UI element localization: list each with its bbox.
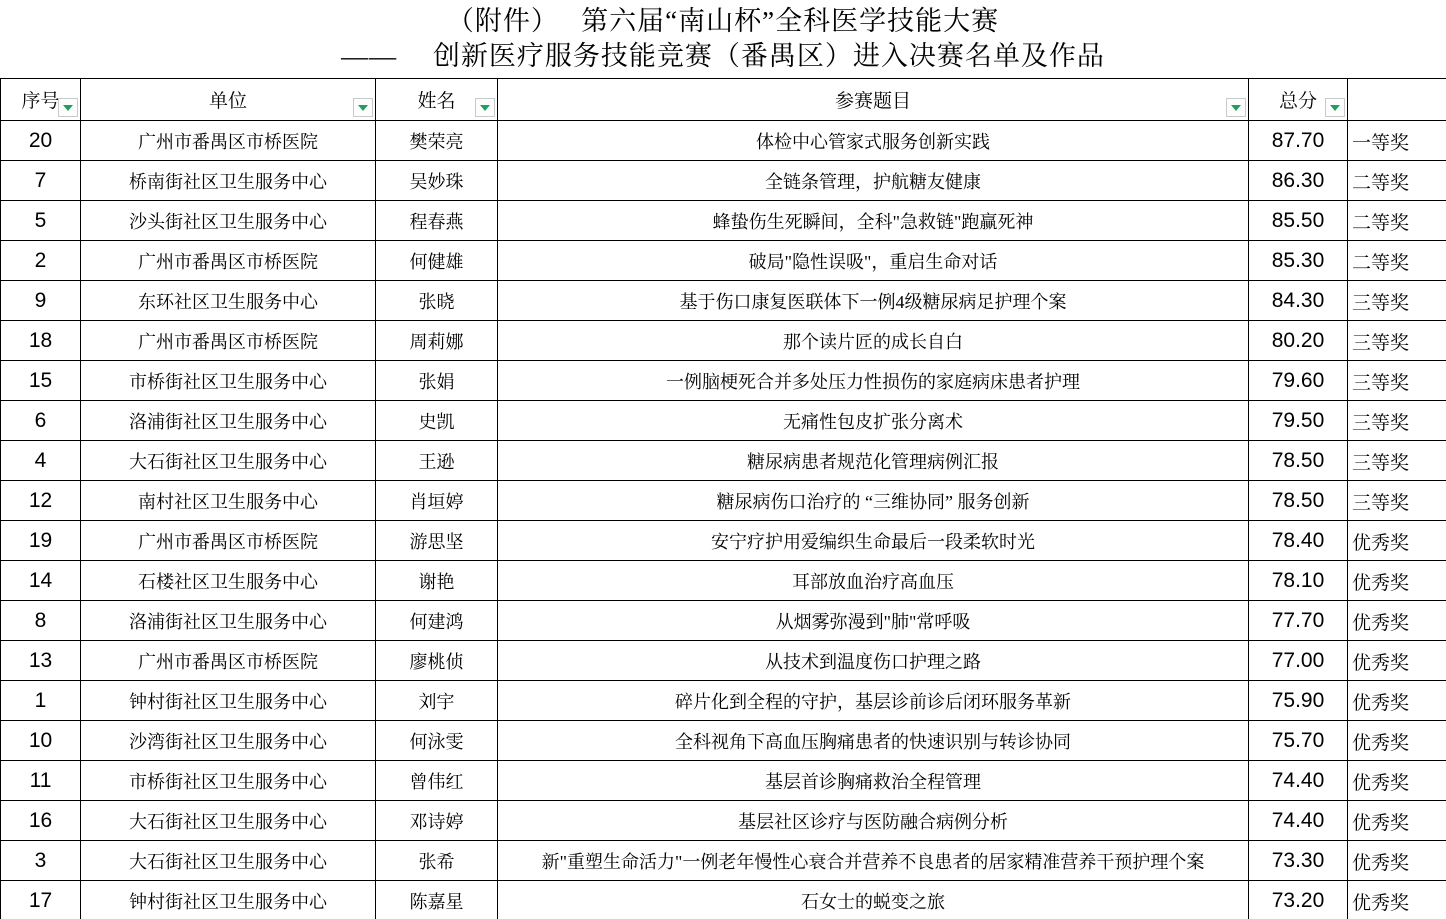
cell-seq: 18 [1, 321, 81, 361]
cell-score: 73.30 [1249, 841, 1348, 881]
cell-seq: 1 [1, 681, 81, 721]
cell-name: 樊荣亮 [376, 121, 498, 161]
cell-topic: 蜂蛰伤生死瞬间，全科"急救链"跑赢死神 [498, 201, 1249, 241]
filter-dropdown-icon [480, 105, 490, 111]
cell-topic: 新"重塑生命活力"一例老年慢性心衰合并营养不良患者的居家精准营养干预护理个案 [498, 841, 1249, 881]
cell-topic: 从技术到温度伤口护理之路 [498, 641, 1249, 681]
cell-award: 优秀奖 [1348, 601, 1446, 641]
cell-topic: 全链条管理，护航糖友健康 [498, 161, 1249, 201]
filter-button-score[interactable] [1325, 98, 1345, 117]
cell-name: 何建鸿 [376, 601, 498, 641]
cell-topic: 那个读片匠的成长自白 [498, 321, 1249, 361]
cell-topic: 基层首诊胸痛救治全程管理 [498, 761, 1249, 801]
cell-award: 优秀奖 [1348, 521, 1446, 561]
cell-award: 优秀奖 [1348, 641, 1446, 681]
cell-unit: 大石街社区卫生服务中心 [81, 841, 376, 881]
filter-button-unit[interactable] [353, 98, 373, 117]
cell-name: 何健雄 [376, 241, 498, 281]
cell-score: 86.30 [1249, 161, 1348, 201]
cell-unit: 桥南街社区卫生服务中心 [81, 161, 376, 201]
cell-topic: 无痛性包皮扩张分离术 [498, 401, 1249, 441]
cell-topic: 基于伤口康复医联体下一例4级糖尿病足护理个案 [498, 281, 1249, 321]
cell-seq: 17 [1, 881, 81, 919]
cell-unit: 广州市番禺区市桥医院 [81, 241, 376, 281]
cell-unit: 大石街社区卫生服务中心 [81, 801, 376, 841]
filter-dropdown-icon [63, 105, 73, 111]
cell-score: 78.50 [1249, 441, 1348, 481]
cell-topic: 糖尿病伤口治疗的 “三维协同” 服务创新 [498, 481, 1249, 521]
cell-unit: 钟村街社区卫生服务中心 [81, 681, 376, 721]
cell-seq: 10 [1, 721, 81, 761]
cell-unit: 市桥街社区卫生服务中心 [81, 361, 376, 401]
cell-award: 三等奖 [1348, 361, 1446, 401]
cell-unit: 沙头街社区卫生服务中心 [81, 201, 376, 241]
cell-topic: 全科视角下高血压胸痛患者的快速识别与转诊协同 [498, 721, 1249, 761]
cell-topic: 基层社区诊疗与医防融合病例分析 [498, 801, 1249, 841]
cell-seq: 3 [1, 841, 81, 881]
cell-score: 79.50 [1249, 401, 1348, 441]
cell-unit: 钟村街社区卫生服务中心 [81, 881, 376, 919]
header-label-seq: 序号 [21, 86, 59, 113]
header-cell-seq: 序号 [1, 79, 81, 121]
cell-award: 三等奖 [1348, 401, 1446, 441]
cell-score: 87.70 [1249, 121, 1348, 161]
header-cell-topic: 参赛题目 [498, 79, 1249, 121]
cell-award: 优秀奖 [1348, 761, 1446, 801]
header-label-unit: 单位 [209, 86, 247, 113]
cell-score: 78.40 [1249, 521, 1348, 561]
cell-score: 77.00 [1249, 641, 1348, 681]
header-cell-name: 姓名 [376, 79, 498, 121]
cell-award: 三等奖 [1348, 281, 1446, 321]
filter-button-name[interactable] [475, 98, 495, 117]
cell-unit: 广州市番禺区市桥医院 [81, 521, 376, 561]
cell-unit: 石楼社区卫生服务中心 [81, 561, 376, 601]
cell-score: 78.50 [1249, 481, 1348, 521]
cell-name: 张希 [376, 841, 498, 881]
cell-score: 74.40 [1249, 801, 1348, 841]
filter-dropdown-icon [1330, 105, 1340, 111]
cell-score: 85.30 [1249, 241, 1348, 281]
cell-award: 二等奖 [1348, 161, 1446, 201]
cell-award: 三等奖 [1348, 321, 1446, 361]
cell-name: 张晓 [376, 281, 498, 321]
filter-dropdown-icon [1231, 105, 1241, 111]
title-line-1: （附件） 第六届“南山杯”全科医学技能大赛 [447, 4, 999, 39]
cell-name: 张娟 [376, 361, 498, 401]
cell-topic: 石女士的蜕变之旅 [498, 881, 1249, 919]
cell-score: 84.30 [1249, 281, 1348, 321]
cell-name: 吴妙珠 [376, 161, 498, 201]
cell-score: 74.40 [1249, 761, 1348, 801]
cell-score: 75.70 [1249, 721, 1348, 761]
cell-unit: 广州市番禺区市桥医院 [81, 321, 376, 361]
cell-seq: 14 [1, 561, 81, 601]
cell-award: 优秀奖 [1348, 681, 1446, 721]
cell-seq: 11 [1, 761, 81, 801]
filter-button-seq[interactable] [58, 98, 78, 117]
results-table: 序号 单位 姓名 参赛题目 总分 20 广州市番禺区市桥医院 樊荣亮 体检中心管… [0, 78, 1446, 919]
cell-topic: 耳部放血治疗高血压 [498, 561, 1249, 601]
cell-topic: 从烟雾弥漫到"肺"常呼吸 [498, 601, 1249, 641]
cell-name: 肖垣婷 [376, 481, 498, 521]
title-line-2: —— 创新医疗服务技能竞赛（番禺区）进入决赛名单及作品 [341, 39, 1105, 74]
cell-unit: 市桥街社区卫生服务中心 [81, 761, 376, 801]
cell-seq: 9 [1, 281, 81, 321]
cell-unit: 洛浦街社区卫生服务中心 [81, 601, 376, 641]
cell-name: 史凯 [376, 401, 498, 441]
cell-name: 谢艳 [376, 561, 498, 601]
cell-seq: 4 [1, 441, 81, 481]
cell-award: 二等奖 [1348, 201, 1446, 241]
cell-seq: 6 [1, 401, 81, 441]
filter-button-topic[interactable] [1226, 98, 1246, 117]
cell-award: 一等奖 [1348, 121, 1446, 161]
cell-unit: 广州市番禺区市桥医院 [81, 641, 376, 681]
cell-name: 游思坚 [376, 521, 498, 561]
header-cell-score: 总分 [1249, 79, 1348, 121]
cell-seq: 8 [1, 601, 81, 641]
cell-seq: 7 [1, 161, 81, 201]
cell-topic: 破局"隐性误吸"，重启生命对话 [498, 241, 1249, 281]
header-label-score: 总分 [1279, 86, 1317, 113]
cell-name: 程春燕 [376, 201, 498, 241]
cell-award: 优秀奖 [1348, 721, 1446, 761]
cell-score: 79.60 [1249, 361, 1348, 401]
cell-name: 邓诗婷 [376, 801, 498, 841]
cell-score: 80.20 [1249, 321, 1348, 361]
cell-award: 优秀奖 [1348, 841, 1446, 881]
cell-name: 廖桃侦 [376, 641, 498, 681]
cell-seq: 12 [1, 481, 81, 521]
cell-topic: 一例脑梗死合并多处压力性损伤的家庭病床患者护理 [498, 361, 1249, 401]
cell-unit: 广州市番禺区市桥医院 [81, 121, 376, 161]
cell-topic: 碎片化到全程的守护，基层诊前诊后闭环服务革新 [498, 681, 1249, 721]
cell-score: 73.20 [1249, 881, 1348, 919]
cell-award: 优秀奖 [1348, 801, 1446, 841]
header-label-topic: 参赛题目 [835, 86, 911, 113]
cell-award: 优秀奖 [1348, 561, 1446, 601]
cell-name: 周莉娜 [376, 321, 498, 361]
cell-name: 陈嘉星 [376, 881, 498, 919]
cell-unit: 南村社区卫生服务中心 [81, 481, 376, 521]
cell-name: 王逊 [376, 441, 498, 481]
cell-topic: 糖尿病患者规范化管理病例汇报 [498, 441, 1249, 481]
cell-award: 三等奖 [1348, 441, 1446, 481]
cell-unit: 沙湾街社区卫生服务中心 [81, 721, 376, 761]
cell-seq: 20 [1, 121, 81, 161]
cell-unit: 洛浦街社区卫生服务中心 [81, 401, 376, 441]
cell-score: 75.90 [1249, 681, 1348, 721]
cell-topic: 安宁疗护用爱编织生命最后一段柔软时光 [498, 521, 1249, 561]
cell-score: 77.70 [1249, 601, 1348, 641]
cell-award: 二等奖 [1348, 241, 1446, 281]
cell-name: 刘宇 [376, 681, 498, 721]
header-cell-unit: 单位 [81, 79, 376, 121]
cell-unit: 大石街社区卫生服务中心 [81, 441, 376, 481]
cell-seq: 15 [1, 361, 81, 401]
cell-name: 曾伟红 [376, 761, 498, 801]
cell-name: 何泳雯 [376, 721, 498, 761]
cell-topic: 体检中心管家式服务创新实践 [498, 121, 1249, 161]
cell-award: 优秀奖 [1348, 881, 1446, 919]
header-cell-award [1348, 79, 1446, 121]
cell-award: 三等奖 [1348, 481, 1446, 521]
cell-seq: 16 [1, 801, 81, 841]
cell-seq: 5 [1, 201, 81, 241]
cell-unit: 东环社区卫生服务中心 [81, 281, 376, 321]
document-title: （附件） 第六届“南山杯”全科医学技能大赛 —— 创新医疗服务技能竞赛（番禺区）… [0, 0, 1446, 78]
cell-seq: 2 [1, 241, 81, 281]
cell-seq: 13 [1, 641, 81, 681]
filter-dropdown-icon [358, 105, 368, 111]
header-label-name: 姓名 [417, 86, 455, 113]
cell-seq: 19 [1, 521, 81, 561]
cell-score: 85.50 [1249, 201, 1348, 241]
cell-score: 78.10 [1249, 561, 1348, 601]
